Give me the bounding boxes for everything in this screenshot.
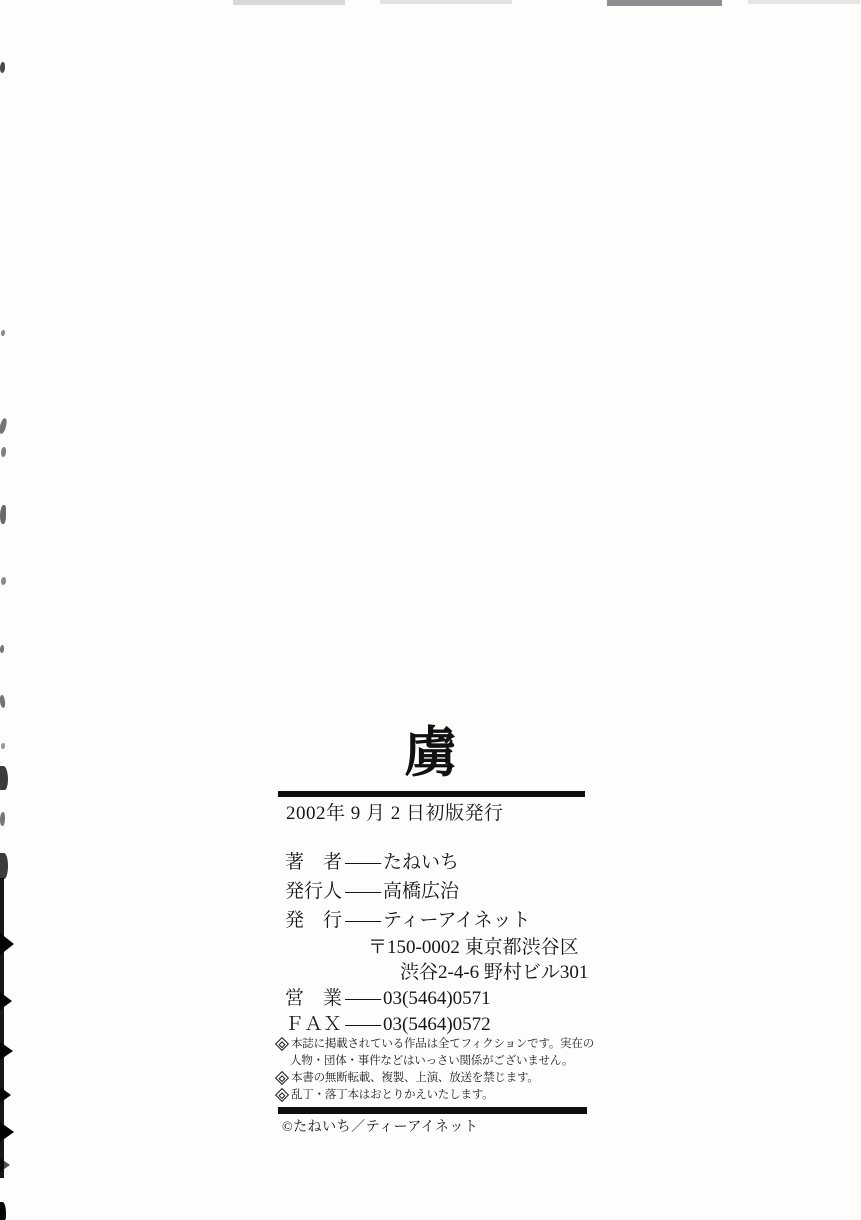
row-separator: —— (345, 910, 383, 932)
double-diamond-icon (275, 1088, 289, 1102)
scan-artifact (0, 766, 8, 790)
row-value: 03(5464)0572 (383, 1014, 491, 1035)
scan-artifact (0, 695, 6, 709)
row-separator: —— (345, 1014, 383, 1036)
colophon-row-sales-phone: 営 業——03(5464)0571 (285, 988, 491, 1010)
colophon-row-author: 著 者——たねいち (285, 852, 459, 874)
scanned-colophon-page: 虜 2002年 9 月 2 日初版発行 著 者——たねいち 発行人——高橋広治 … (0, 0, 861, 1220)
title-rule (278, 791, 585, 797)
scan-artifact (0, 933, 14, 955)
row-label: ＦＡＸ (285, 1014, 345, 1036)
row-label: 著 者 (285, 852, 345, 874)
edition-date: 2002年 9 月 2 日初版発行 (286, 803, 504, 825)
notice-line: 本書の無断転載、複製、上演、放送を禁じます。 (277, 1071, 539, 1085)
row-value: 03(5464)0571 (383, 988, 491, 1009)
row-value: 高橋広治 (383, 881, 459, 902)
notice-line: 本誌に掲載されている作品は全てフィクションです。実在の (277, 1037, 594, 1051)
row-label: 発行人 (285, 881, 345, 903)
scan-artifact (1, 743, 5, 749)
notice-text: 乱丁・落丁本はおとりかえいたします。 (291, 1089, 493, 1101)
scan-artifact (748, 0, 860, 4)
row-label: 発 行 (285, 910, 345, 932)
row-separator: —— (345, 881, 383, 903)
scan-artifact (0, 418, 8, 435)
scan-artifact (0, 1202, 6, 1220)
scan-artifact (0, 645, 4, 653)
address-line: 渋谷2-4-6 野村ビル301 (400, 962, 588, 984)
notice-line: 乱丁・落丁本はおとりかえいたします。 (277, 1088, 493, 1102)
copyright-line: ©たねいち／ティーアイネット (282, 1119, 478, 1137)
notice-text: 人物・団体・事件などはいっさい関係がございません。 (290, 1055, 573, 1067)
colophon-row-fax: ＦＡＸ——03(5464)0572 (285, 1014, 491, 1036)
scan-artifact (1, 447, 6, 457)
scan-artifact (1, 330, 5, 336)
notice-text: 本書の無断転載、複製、上演、放送を禁じます。 (291, 1072, 539, 1084)
scan-artifact (0, 853, 8, 879)
scan-artifact (0, 505, 6, 524)
scan-artifact (1, 577, 6, 585)
address-line: 〒150-0002 東京都渋谷区 (368, 937, 579, 959)
scan-artifact (0, 62, 5, 73)
row-value: たねいち (383, 852, 459, 873)
scan-artifact (0, 1122, 14, 1142)
book-title: 虜 (278, 722, 585, 784)
row-separator: —— (345, 988, 383, 1010)
scan-artifact (607, 0, 722, 6)
notice-line: 人物・団体・事件などはいっさい関係がございません。 (290, 1054, 573, 1068)
colophon-row-publisher-person: 発行人——高橋広治 (285, 881, 459, 903)
bottom-rule (278, 1107, 587, 1114)
double-diamond-icon (275, 1071, 289, 1085)
row-value: ティーアイネット (383, 910, 531, 931)
colophon-row-publisher-company: 発 行——ティーアイネット (285, 910, 531, 932)
row-separator: —— (345, 852, 383, 874)
double-diamond-icon (275, 1037, 289, 1051)
scan-artifact (233, 0, 345, 5)
scan-artifact (0, 1158, 10, 1172)
scan-artifact (0, 812, 5, 826)
scan-artifact (0, 992, 12, 1010)
scan-artifact (0, 1042, 13, 1060)
notice-text: 本誌に掲載されている作品は全てフィクションです。実在の (291, 1038, 594, 1050)
scan-artifact (380, 0, 512, 4)
row-label: 営 業 (285, 988, 345, 1010)
scan-artifact (0, 1087, 11, 1103)
